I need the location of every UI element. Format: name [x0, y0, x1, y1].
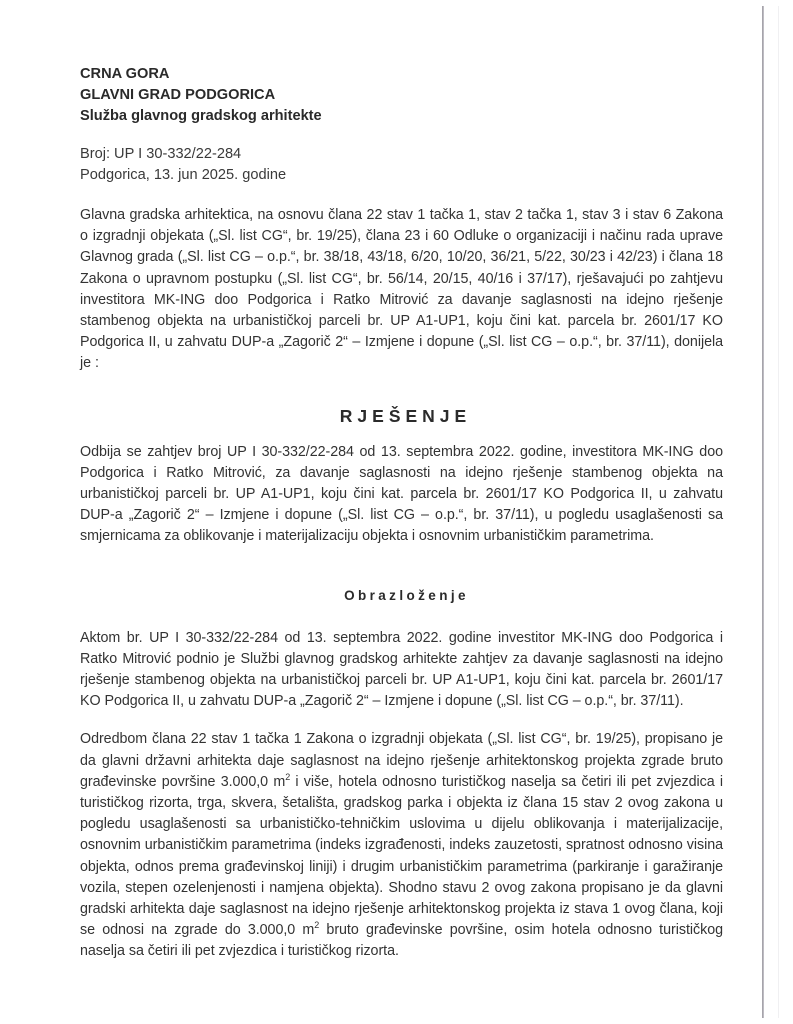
header-country: CRNA GORA: [80, 64, 723, 85]
document-meta: Broj: UP I 30-332/22-284 Podgorica, 13. …: [80, 144, 723, 186]
document-page: CRNA GORA GLAVNI GRAD PODGORICA Služba g…: [80, 64, 723, 963]
intro-paragraph: Glavna gradska arhitektica, na osnovu čl…: [80, 205, 723, 375]
document-place-date: Podgorica, 13. jun 2025. godine: [80, 165, 723, 186]
reasoning-paragraph-1: Aktom br. UP I 30-332/22-284 od 13. sept…: [80, 628, 723, 713]
page-shadow: [778, 6, 779, 1018]
header-office: Služba glavnog gradskog arhitekte: [80, 106, 723, 127]
header-city: GLAVNI GRAD PODGORICA: [80, 85, 723, 106]
paragraph-text: i više, hotela odnosno turističkog nasel…: [80, 774, 723, 938]
reasoning-title: Obrazloženje: [80, 588, 723, 603]
decision-paragraph: Odbija se zahtjev broj UP I 30-332/22-28…: [80, 442, 723, 548]
document-number: Broj: UP I 30-332/22-284: [80, 144, 723, 165]
decision-title: RJEŠENJE: [80, 406, 723, 427]
reasoning-paragraph-2: Odredbom člana 22 stav 1 tačka 1 Zakona …: [80, 729, 723, 962]
issuer-header: CRNA GORA GLAVNI GRAD PODGORICA Služba g…: [80, 64, 723, 127]
page-edge-line: [762, 6, 764, 1018]
